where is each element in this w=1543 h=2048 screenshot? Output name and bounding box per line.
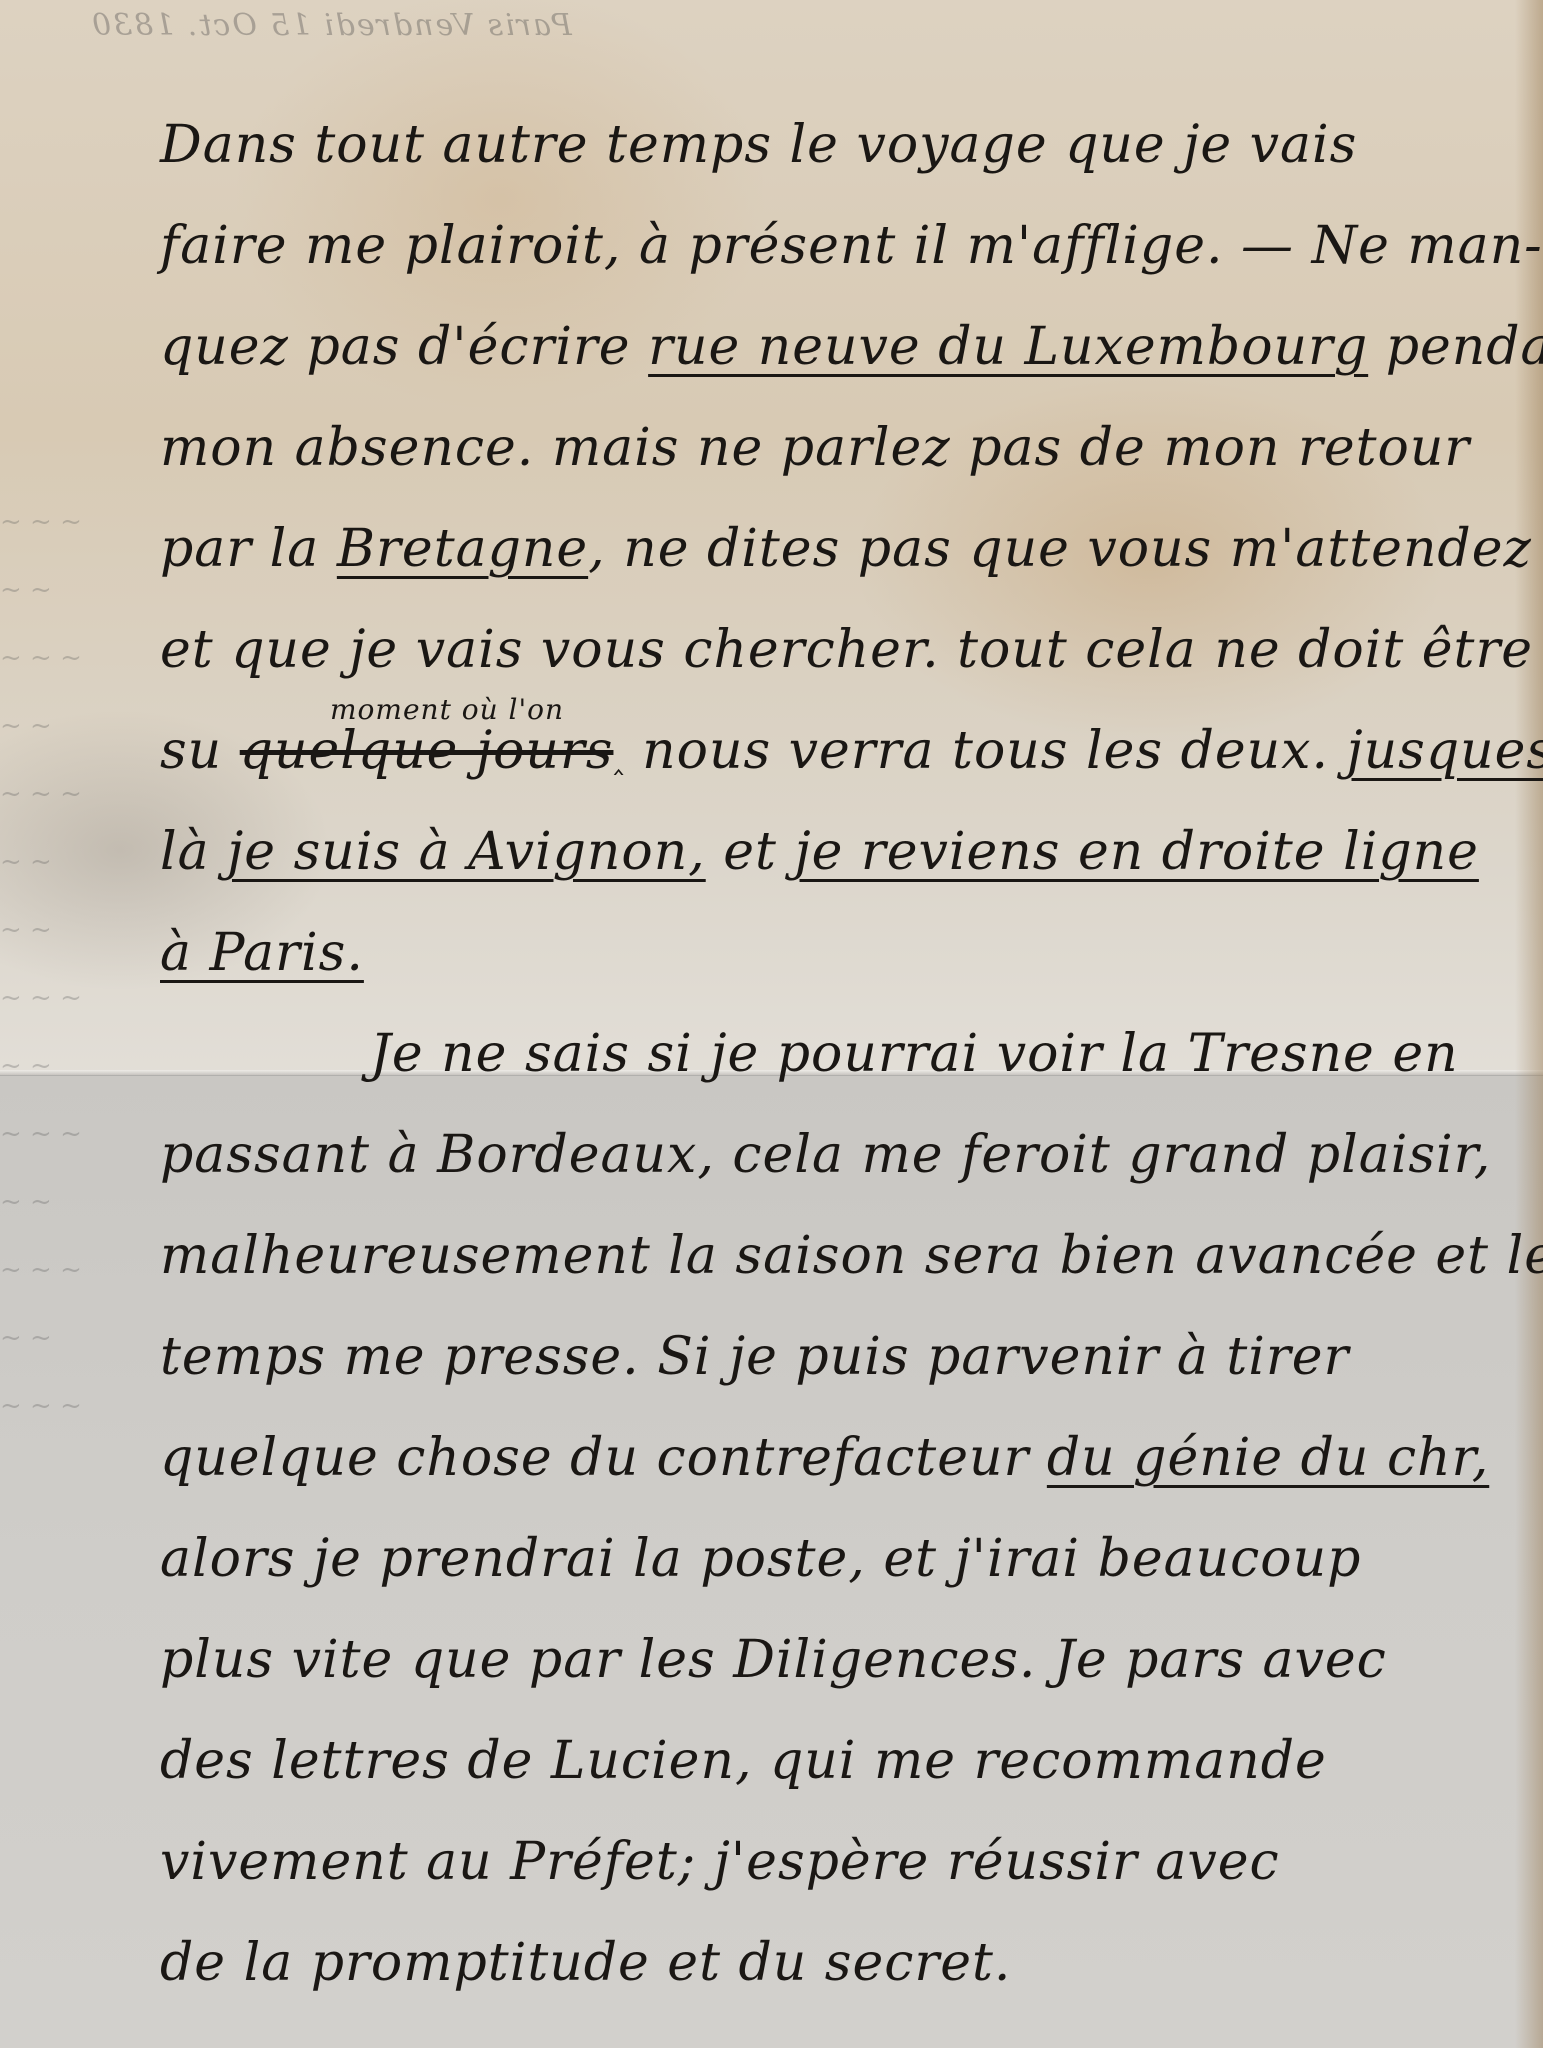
line-text: nous verra tous les deux. <box>625 721 1347 781</box>
underlined-place: Bretagne <box>337 519 588 579</box>
line-text: faire me plairoit, à présent il m'afflig… <box>160 216 1543 276</box>
insertion-caret: ‸ <box>613 741 624 776</box>
line-text: su <box>160 721 240 781</box>
letter-line-5: par la Bretagne, ne dites pas que vous m… <box>160 499 1500 600</box>
letter-body: Dans tout autre temps le voyage que je v… <box>160 95 1500 2014</box>
line-text: quez pas d'écrire <box>160 317 648 377</box>
letter-line-7: moment où l'on su quelque jours‸ nous ve… <box>160 701 1500 802</box>
letter-line-9: à Paris. <box>160 903 1500 1004</box>
underlined-phrase: je suis à Avignon, <box>227 822 706 882</box>
line-text: par la <box>160 519 337 579</box>
line-text: mon absence. mais ne parlez pas de mon r… <box>160 418 1470 478</box>
letter-line-3: quez pas d'écrire rue neuve du Luxembour… <box>160 297 1500 398</box>
line-text: passant à Bordeaux, cela me feroit grand… <box>160 1125 1491 1185</box>
line-text: plus vite que par les Diligences. Je par… <box>160 1630 1387 1690</box>
line-text: Dans tout autre temps le voyage que je v… <box>160 115 1357 175</box>
struck-out-text: quelque jours <box>240 721 614 781</box>
letter-line-2: faire me plairoit, à présent il m'afflig… <box>160 196 1500 297</box>
letter-line-19: de la promptitude et du secret. <box>160 1913 1500 2014</box>
line-text: vivement au Préfet; j'espère réussir ave… <box>160 1832 1280 1892</box>
line-text: Je ne sais si je pourrai voir la Tresne … <box>370 1024 1459 1084</box>
letter-line-8: là je suis à Avignon, et je reviens en d… <box>160 802 1500 903</box>
line-text: des lettres de Lucien, qui me recommande <box>160 1731 1327 1791</box>
line-text: et <box>706 822 795 882</box>
reverse-side-bleed: ~ ~ ~~ ~~ ~ ~~ ~ ~ ~ ~~ ~~ ~~ ~ ~~ ~ ~ ~… <box>0 420 170 1440</box>
letter-line-6: et que je vais vous chercher. tout cela … <box>160 600 1500 701</box>
underlined-address: rue neuve du Luxembourg <box>648 317 1368 377</box>
letter-line-17: des lettres de Lucien, qui me recommande <box>160 1711 1500 1812</box>
line-text: , ne dites pas que vous m'attendez <box>588 519 1532 579</box>
line-text: là <box>160 822 227 882</box>
letter-line-11: passant à Bordeaux, cela me feroit grand… <box>160 1105 1500 1206</box>
line-text: quelque chose du contrefacteur <box>160 1428 1047 1488</box>
letter-sheet: Paris Vendredi 15 Oct. 1830 ~ ~ ~~ ~~ ~ … <box>0 0 1543 2048</box>
letter-line-15: alors je prendrai la poste, et j'irai be… <box>160 1509 1500 1610</box>
letter-line-1: Dans tout autre temps le voyage que je v… <box>160 95 1500 196</box>
underlined-phrase: je reviens en droite ligne <box>794 822 1478 882</box>
letter-line-12: malheureusement la saison sera bien avan… <box>160 1206 1500 1307</box>
letter-line-13: temps me presse. Si je puis parvenir à t… <box>160 1307 1500 1408</box>
line-text: pendant <box>1368 317 1543 377</box>
line-text: de la promptitude et du secret. <box>160 1933 1011 1993</box>
line-text: malheureusement la saison sera bien avan… <box>160 1226 1543 1286</box>
letter-line-18: vivement au Préfet; j'espère réussir ave… <box>160 1812 1500 1913</box>
line-text: alors je prendrai la poste, et j'irai be… <box>160 1529 1361 1589</box>
letter-line-16: plus vite que par les Diligences. Je par… <box>160 1610 1500 1711</box>
letter-line-4: mon absence. mais ne parlez pas de mon r… <box>160 398 1500 499</box>
line-text: temps me presse. Si je puis parvenir à t… <box>160 1327 1349 1387</box>
show-through-dateline: Paris Vendredi 15 Oct. 1830 <box>90 8 572 43</box>
underlined-word: jusques <box>1347 721 1543 781</box>
underlined-title: du génie du chr, <box>1047 1428 1489 1488</box>
interlinear-insertion: moment où l'on <box>330 695 564 725</box>
underlined-phrase: à Paris. <box>160 923 364 983</box>
letter-line-10: Je ne sais si je pourrai voir la Tresne … <box>160 1004 1500 1105</box>
letter-line-14: quelque chose du contrefacteur du génie … <box>160 1408 1500 1509</box>
paper-right-edge <box>1515 0 1543 2048</box>
line-text: et que je vais vous chercher. tout cela … <box>160 620 1533 680</box>
